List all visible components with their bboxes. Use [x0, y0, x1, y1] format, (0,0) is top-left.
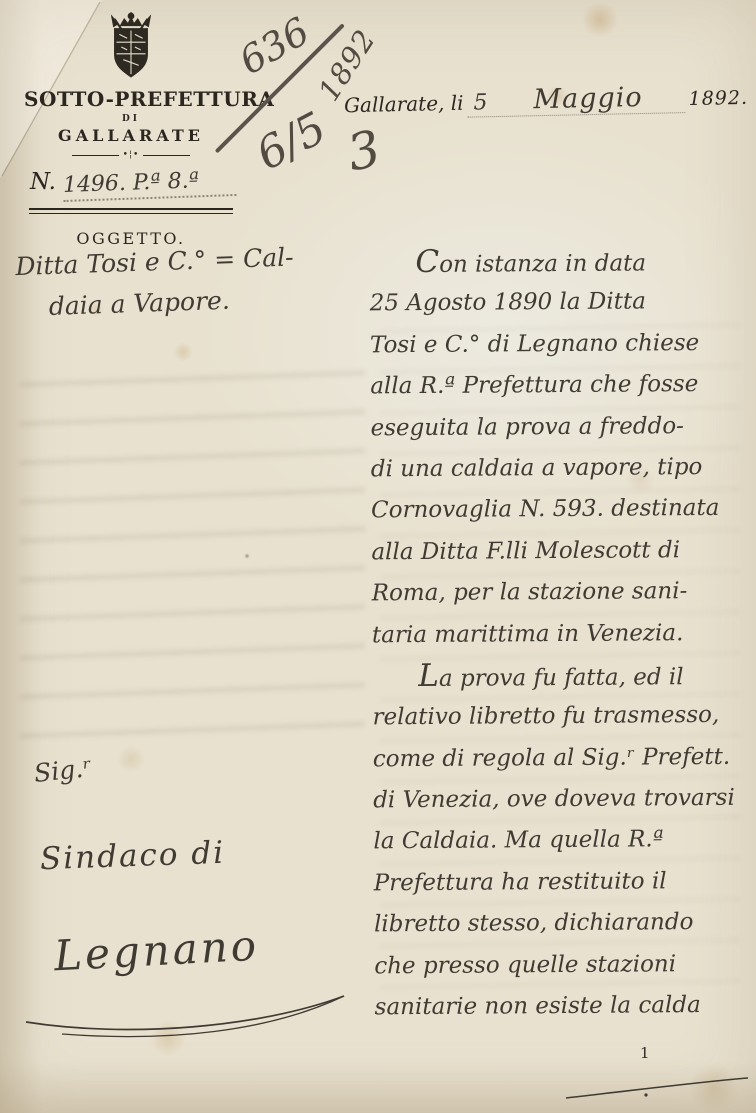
page-mark: 1 [640, 1044, 650, 1062]
scanned-letter-page: SOTTO-PREFETTURA DI GALLARATE •¦• N. 149… [0, 0, 756, 1113]
addressee-role: Sindaco di [39, 835, 225, 877]
body-line: Tosi e C.° di Legnano chiese [370, 322, 750, 366]
letter-body: Con istanza in data 25 Agosto 1890 la Di… [369, 240, 754, 1029]
body-line: Con istanza in data [369, 240, 749, 284]
pen-flourish [558, 1068, 756, 1110]
body-line: taria marittima in Venezia. [372, 612, 752, 656]
body-line: alla R.ª Prefettura che fosse [370, 364, 750, 408]
ink-bleedthrough-left [20, 360, 365, 760]
body-line: libretto stesso, dichiarando [374, 902, 754, 946]
addressee-city: Legnano [53, 921, 260, 981]
body-line: 25 Agosto 1890 la Ditta [370, 281, 750, 325]
office-city: GALLARATE [24, 126, 238, 145]
registry-number: 636 [232, 9, 317, 83]
body-line: la Caldaia. Ma quella R.ª [373, 819, 753, 863]
protocol-line: N. 1496. P.ª 8.ª [24, 169, 238, 199]
letterhead: SOTTO-PREFETTURA DI GALLARATE •¦• N. 149… [24, 10, 238, 248]
divider-ornament: •¦• [72, 151, 190, 160]
double-rule [29, 208, 233, 214]
dateline-year: 1892. [688, 87, 748, 110]
body-line: relativo libretto fu trasmesso, [372, 695, 752, 739]
registry-paraph: 3 [342, 119, 385, 182]
office-name: SOTTO-PREFETTURA [24, 87, 238, 111]
protocol-number: 1496. P.ª 8.ª [63, 167, 237, 202]
signature-flourish [18, 980, 358, 1044]
divider-glyph: •¦• [123, 151, 140, 160]
body-line: Roma, per la stazione sani- [372, 571, 752, 615]
body-line: eseguita la prova a freddo- [370, 405, 750, 449]
body-line: come di regola al Sig.ʳ Prefett. [373, 736, 753, 780]
office-di: DI [24, 114, 238, 124]
dateline-day: 5 [471, 90, 496, 115]
addressee-title: Sig.ʳ [33, 753, 93, 788]
dateline-month: Maggio [495, 81, 681, 116]
body-line: che presso quelle stazioni [374, 943, 754, 987]
dateline-place: Gallarate, li [344, 91, 464, 117]
coat-of-arms-icon [100, 10, 162, 84]
registry-date: 6/5 [248, 102, 334, 180]
subject-block: Ditta Tosi e C.° = Cal- daia a Vapore. [15, 234, 368, 328]
body-line: di una caldaia a vapore, tipo [371, 447, 751, 491]
body-line: sanitarie non esiste la calda [374, 985, 754, 1029]
body-line: Cornovaglia N. 593. destinata [371, 488, 751, 532]
body-line: di Venezia, ove doveva trovarsi [373, 778, 753, 822]
body-line: Prefettura ha restituito il [374, 861, 754, 905]
body-line: La prova fu fatta, ed il [372, 654, 752, 698]
dateline: Gallarate, li 5 Maggio 1892. [344, 80, 749, 120]
body-line: alla Ditta F.lli Molescott di [371, 529, 751, 573]
protocol-prefix: N. [30, 169, 56, 195]
